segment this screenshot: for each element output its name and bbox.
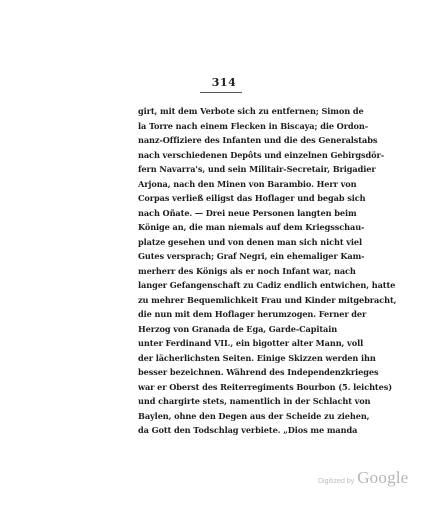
text-line: girt, mit dem Verbote sich zu entfernen;… — [138, 104, 310, 119]
google-logo-text: Google — [357, 468, 408, 488]
digitized-by-google-watermark: Digitized by Google — [318, 468, 408, 488]
text-line: Corpas verließ eiligst das Hoflager und … — [138, 191, 310, 206]
text-line: besser bezeichnen. Während des Independe… — [138, 365, 310, 380]
text-line: die nun mit dem Hoflager herumzogen. Fer… — [138, 307, 310, 322]
body-text: girt, mit dem Verbote sich zu entfernen;… — [138, 104, 310, 438]
text-line: Arjona, nach den Minen von Barambio. Her… — [138, 177, 310, 192]
text-line: Baylen, ohne den Degen aus der Scheide z… — [138, 409, 310, 424]
text-line: Könige an, die man niemals auf dem Krieg… — [138, 220, 310, 235]
text-line: fern Navarra's, und sein Militair-Secret… — [138, 162, 310, 177]
text-line: zu mehrer Bequemlichkeit Frau und Kinder… — [138, 293, 310, 308]
text-line: Gutes versprach; Graf Negri, ein ehemali… — [138, 249, 310, 264]
watermark-prefix: Digitized by — [318, 478, 354, 485]
text-line: nanz-Offiziere des Infanten und die des … — [138, 133, 310, 148]
text-line: langer Gefangenschaft zu Cadiz endlich e… — [138, 278, 310, 293]
page-number: 314 — [190, 76, 258, 89]
header-rule — [200, 92, 242, 93]
text-line: nach Oñate. — Drei neue Personen langten… — [138, 206, 310, 221]
text-line: Herzog von Granada de Ega, Garde-Capitai… — [138, 322, 310, 337]
text-line: und chargirte stets, namentlich in der S… — [138, 394, 310, 409]
text-line: unter Ferdinand VII., ein bigotter alter… — [138, 336, 310, 351]
text-line: da Gott den Todschlag verbiete. „Dios me… — [138, 423, 310, 438]
scanned-book-page: 314 girt, mit dem Verbote sich zu entfer… — [0, 0, 448, 512]
text-line: merherr des Königs als er noch Infant wa… — [138, 264, 310, 279]
text-line: platze gesehen und von denen man sich ni… — [138, 235, 310, 250]
text-line: der lächerlichsten Seiten. Einige Skizze… — [138, 351, 310, 366]
text-line: nach verschiedenen Depôts und einzelnen … — [138, 148, 310, 163]
text-line: war er Oberst des Reiterregiments Bourbo… — [138, 380, 310, 395]
text-line: la Torre nach einem Flecken in Biscaya; … — [138, 119, 310, 134]
